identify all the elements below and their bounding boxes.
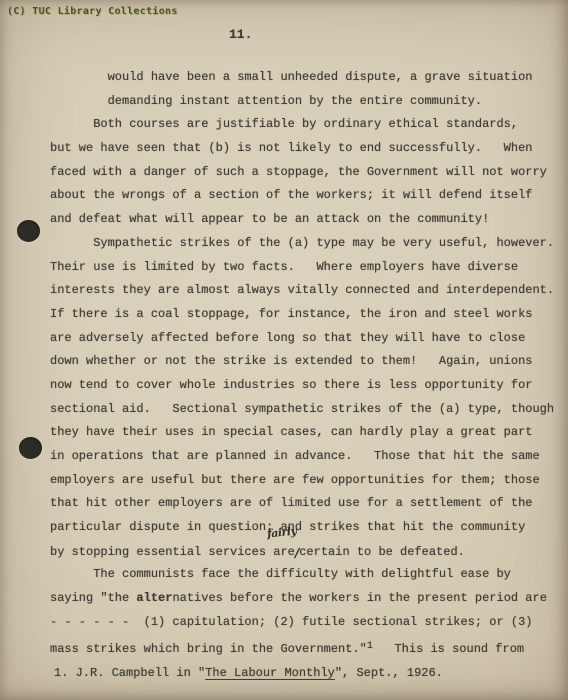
text-line: by stopping essential services are/certa…	[50, 540, 554, 564]
text-line: would have been a small unheeded dispute…	[50, 66, 554, 90]
text-line: - - - - - - (1) capitulation; (2) futile…	[50, 611, 554, 635]
text-line: mass strikes which bring in the Governme…	[50, 635, 554, 659]
text-line: saying "the alternatives before the work…	[50, 587, 554, 611]
text-line: sectional aid. Sectional sympathetic str…	[50, 398, 554, 422]
punch-hole-bottom	[19, 437, 42, 459]
text-line: employers are useful but there are few o…	[50, 469, 554, 493]
text-line: that hit other employers are of limited …	[50, 492, 554, 516]
text-line: demanding instant attention by the entir…	[50, 90, 554, 114]
text-line: Sympathetic strikes of the (a) type may …	[50, 232, 554, 256]
text-line: in operations that are planned in advanc…	[50, 445, 554, 469]
text-line: The communists face the difficulty with …	[50, 563, 554, 587]
text-line: they have their uses in special cases, c…	[50, 421, 554, 445]
text-line: faced with a danger of such a stoppage, …	[50, 161, 554, 185]
text-line: 1. J.R. Campbell in "The Labour Monthly"…	[54, 662, 443, 686]
text-line: particular dispute in question; and stri…	[50, 516, 554, 540]
text-line: down whether or not the strike is extend…	[50, 350, 554, 374]
footnote: 1. J.R. Campbell in "The Labour Monthly"…	[54, 662, 443, 686]
text-line: about the wrongs of a section of the wor…	[50, 184, 554, 208]
page-number: 11.	[229, 27, 252, 42]
text-line: but we have seen that (b) is not likely …	[50, 137, 554, 161]
text-line: and defeat what will appear to be an att…	[50, 208, 554, 232]
document-page: (C) TUC Library Collections 11. would ha…	[0, 0, 568, 700]
text-line: are adversely affected before long so th…	[50, 327, 554, 351]
text-line: Their use is limited by two facts. Where…	[50, 256, 554, 280]
text-line: now tend to cover whole industries so th…	[50, 374, 554, 398]
text-line: If there is a coal stoppage, for instanc…	[50, 303, 554, 327]
punch-hole-top	[17, 220, 40, 242]
document-text: would have been a small unheeded dispute…	[50, 66, 554, 658]
text-line: interests they are almost always vitally…	[50, 279, 554, 303]
library-watermark: (C) TUC Library Collections	[7, 6, 178, 17]
text-line: Both courses are justifiable by ordinary…	[50, 113, 554, 137]
